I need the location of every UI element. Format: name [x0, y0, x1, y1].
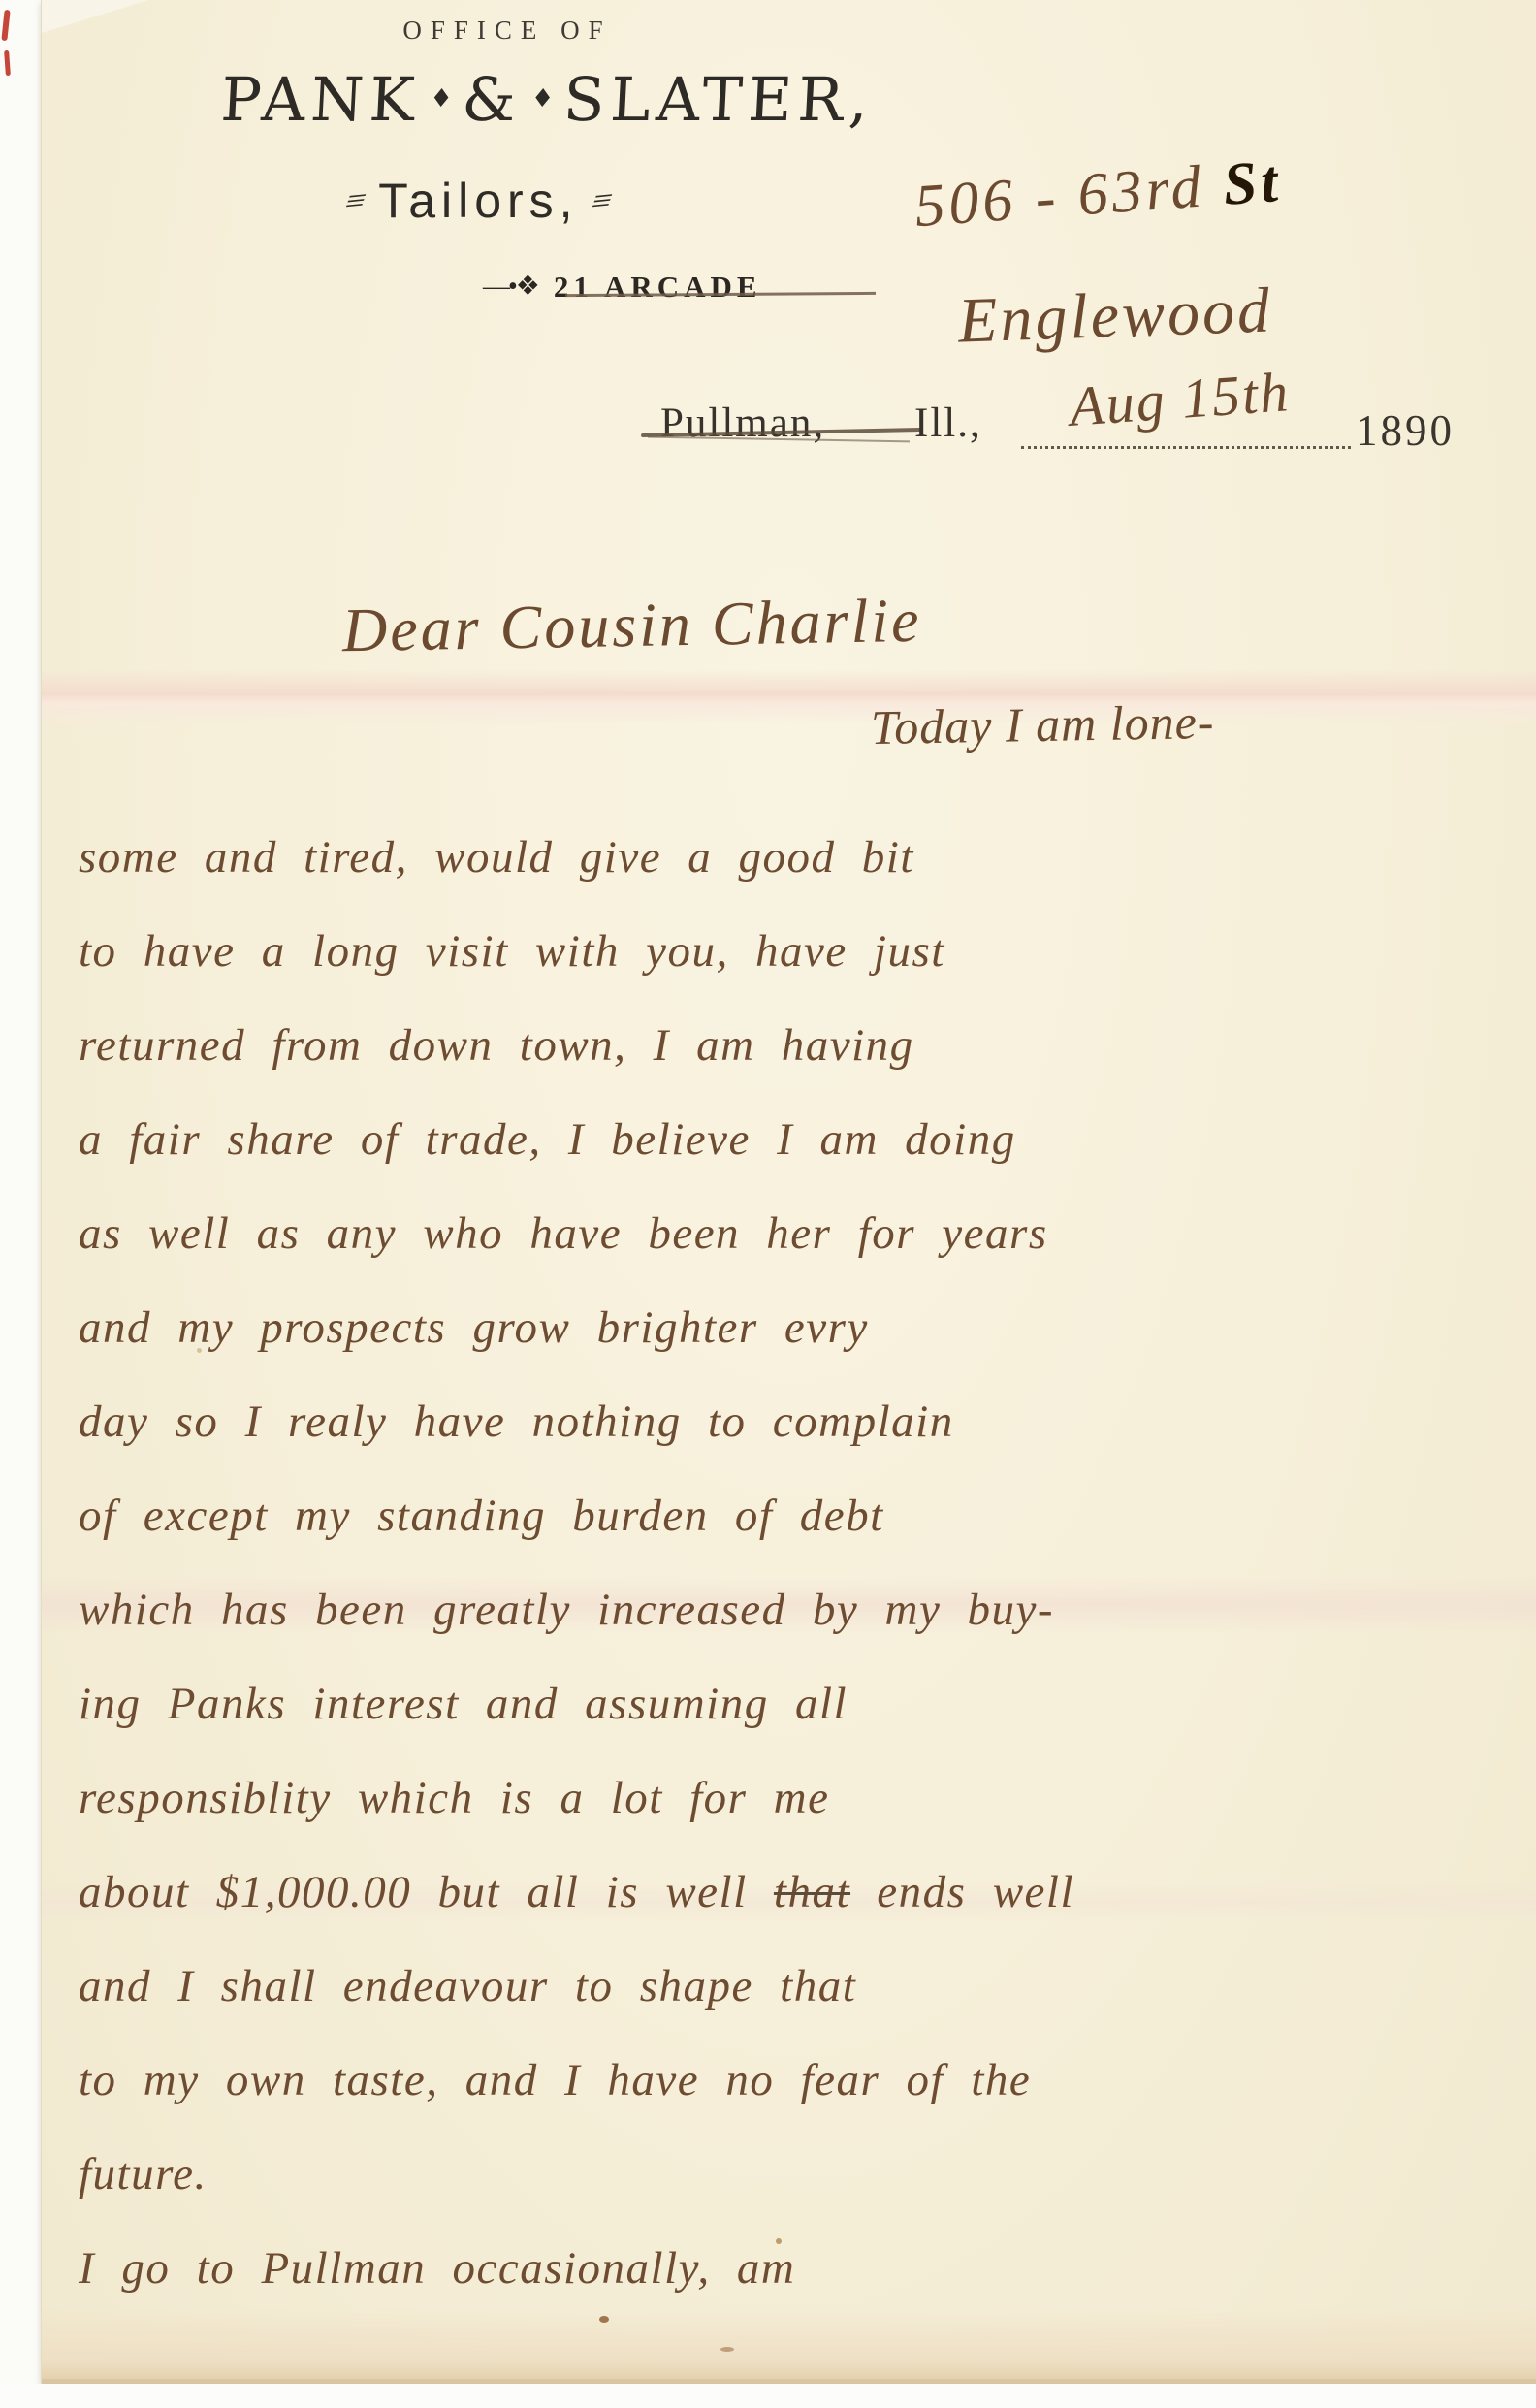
- letter-line: and my prospects grow brighter evry: [79, 1281, 1533, 1375]
- printed-state: Ill.,: [914, 400, 982, 447]
- line-text: to have a long visit with you, have just: [79, 926, 945, 977]
- handwritten-city: Englewood: [957, 273, 1273, 358]
- letter-line: and I shall endeavour to shape that: [79, 1940, 1533, 2034]
- tailors-line: ≡Tailors,≡: [333, 173, 624, 229]
- firm-word-pank: PANK: [219, 64, 422, 135]
- flourish-ornament-icon: ≡: [571, 181, 631, 223]
- letter-paper: OFFICE OF PANK♦&♦SLATER, ≡Tailors,≡ —•❖2…: [41, 0, 1536, 2384]
- flourish-ornament-icon: ≡: [326, 181, 386, 223]
- letter-body: some and tired, would give a good bitto …: [79, 811, 1533, 2316]
- line-text: about $1,000.00 but all is well: [79, 1867, 774, 1917]
- line-text: ing Panks interest and assuming all: [79, 1679, 848, 1729]
- struck-word: that: [774, 1867, 850, 1917]
- letter-line: some and tired, would give a good bit: [79, 811, 1533, 905]
- street-address-blotted: St: [1221, 148, 1283, 218]
- paper-corner: [42, 0, 148, 33]
- letter-line: I go to Pullman occasionally, am: [79, 2222, 1533, 2316]
- line-text: which has been greatly increased by my b…: [79, 1585, 1054, 1635]
- line-text: to my own taste, and I have no fear of t…: [79, 2055, 1031, 2105]
- street-address-text: 506 - 63rd: [912, 152, 1226, 240]
- line-text: responsiblity which is a lot for me: [79, 1773, 829, 1823]
- letter-line: about $1,000.00 but all is well that end…: [79, 1846, 1533, 1940]
- line-text: and my prospects grow brighter evry: [79, 1302, 869, 1353]
- printed-year: 1890: [1356, 405, 1455, 456]
- letter-line: of except my standing burden of debt: [79, 1469, 1533, 1563]
- firm-name: PANK♦&♦SLATER,: [219, 64, 863, 135]
- diamond-ornament-icon: ♦: [420, 84, 464, 113]
- office-of-label: OFFICE OF: [362, 16, 653, 46]
- line-text: I go to Pullman occasionally, am: [79, 2243, 795, 2294]
- letter-line: to have a long visit with you, have just: [79, 905, 1533, 999]
- arcade-address: 21 ARCADE: [554, 270, 762, 304]
- line-text: returned from down town, I am having: [79, 1020, 914, 1071]
- fold-crease: [42, 669, 1536, 725]
- firm-ampersand: &: [461, 64, 524, 135]
- paper-speck: [599, 2316, 609, 2323]
- line-text: and I shall endeavour to shape that: [79, 1961, 856, 2011]
- letter-line: ing Panks interest and assuming all: [79, 1657, 1533, 1751]
- line-text: day so I realy have nothing to complain: [79, 1397, 954, 1447]
- paper-stain-band: [42, 2308, 1536, 2384]
- salutation: Dear Cousin Charlie: [341, 585, 922, 666]
- line-text: future.: [79, 2149, 208, 2199]
- line-text: of except my standing burden of debt: [79, 1491, 884, 1541]
- letter-line: responsiblity which is a lot for me: [79, 1751, 1533, 1846]
- arcade-line: —•❖21 ARCADE: [483, 270, 762, 305]
- letter-line: to my own taste, and I have no fear of t…: [79, 2034, 1533, 2128]
- arrow-ornament-icon: —•❖: [483, 272, 538, 302]
- paper-speck: [720, 2347, 734, 2352]
- line-text: some and tired, would give a good bit: [79, 832, 914, 883]
- tailors-label: Tailors,: [378, 174, 578, 228]
- letter-line: as well as any who have been her for yea…: [79, 1187, 1533, 1281]
- handwritten-street-address: 506 - 63rd St: [912, 147, 1284, 241]
- letter-line: day so I realy have nothing to complain: [79, 1375, 1533, 1469]
- letter-line: which has been greatly increased by my b…: [79, 1563, 1533, 1657]
- scan-red-mark: [4, 50, 11, 76]
- opening-line: Today I am lone-: [871, 693, 1215, 755]
- letter-line: returned from down town, I am having: [79, 999, 1533, 1093]
- diamond-ornament-icon: ♦: [521, 84, 564, 113]
- line-text: as well as any who have been her for yea…: [79, 1208, 1048, 1259]
- letter-line: a fair share of trade, I believe I am do…: [79, 1093, 1533, 1187]
- line-text: a fair share of trade, I believe I am do…: [79, 1114, 1016, 1165]
- firm-word-slater: SLATER,: [561, 64, 876, 135]
- scan-red-mark: [1, 10, 10, 41]
- line-text: ends well: [850, 1867, 1074, 1917]
- letter-line: future.: [79, 2128, 1533, 2222]
- scan-background: [0, 2384, 1536, 2408]
